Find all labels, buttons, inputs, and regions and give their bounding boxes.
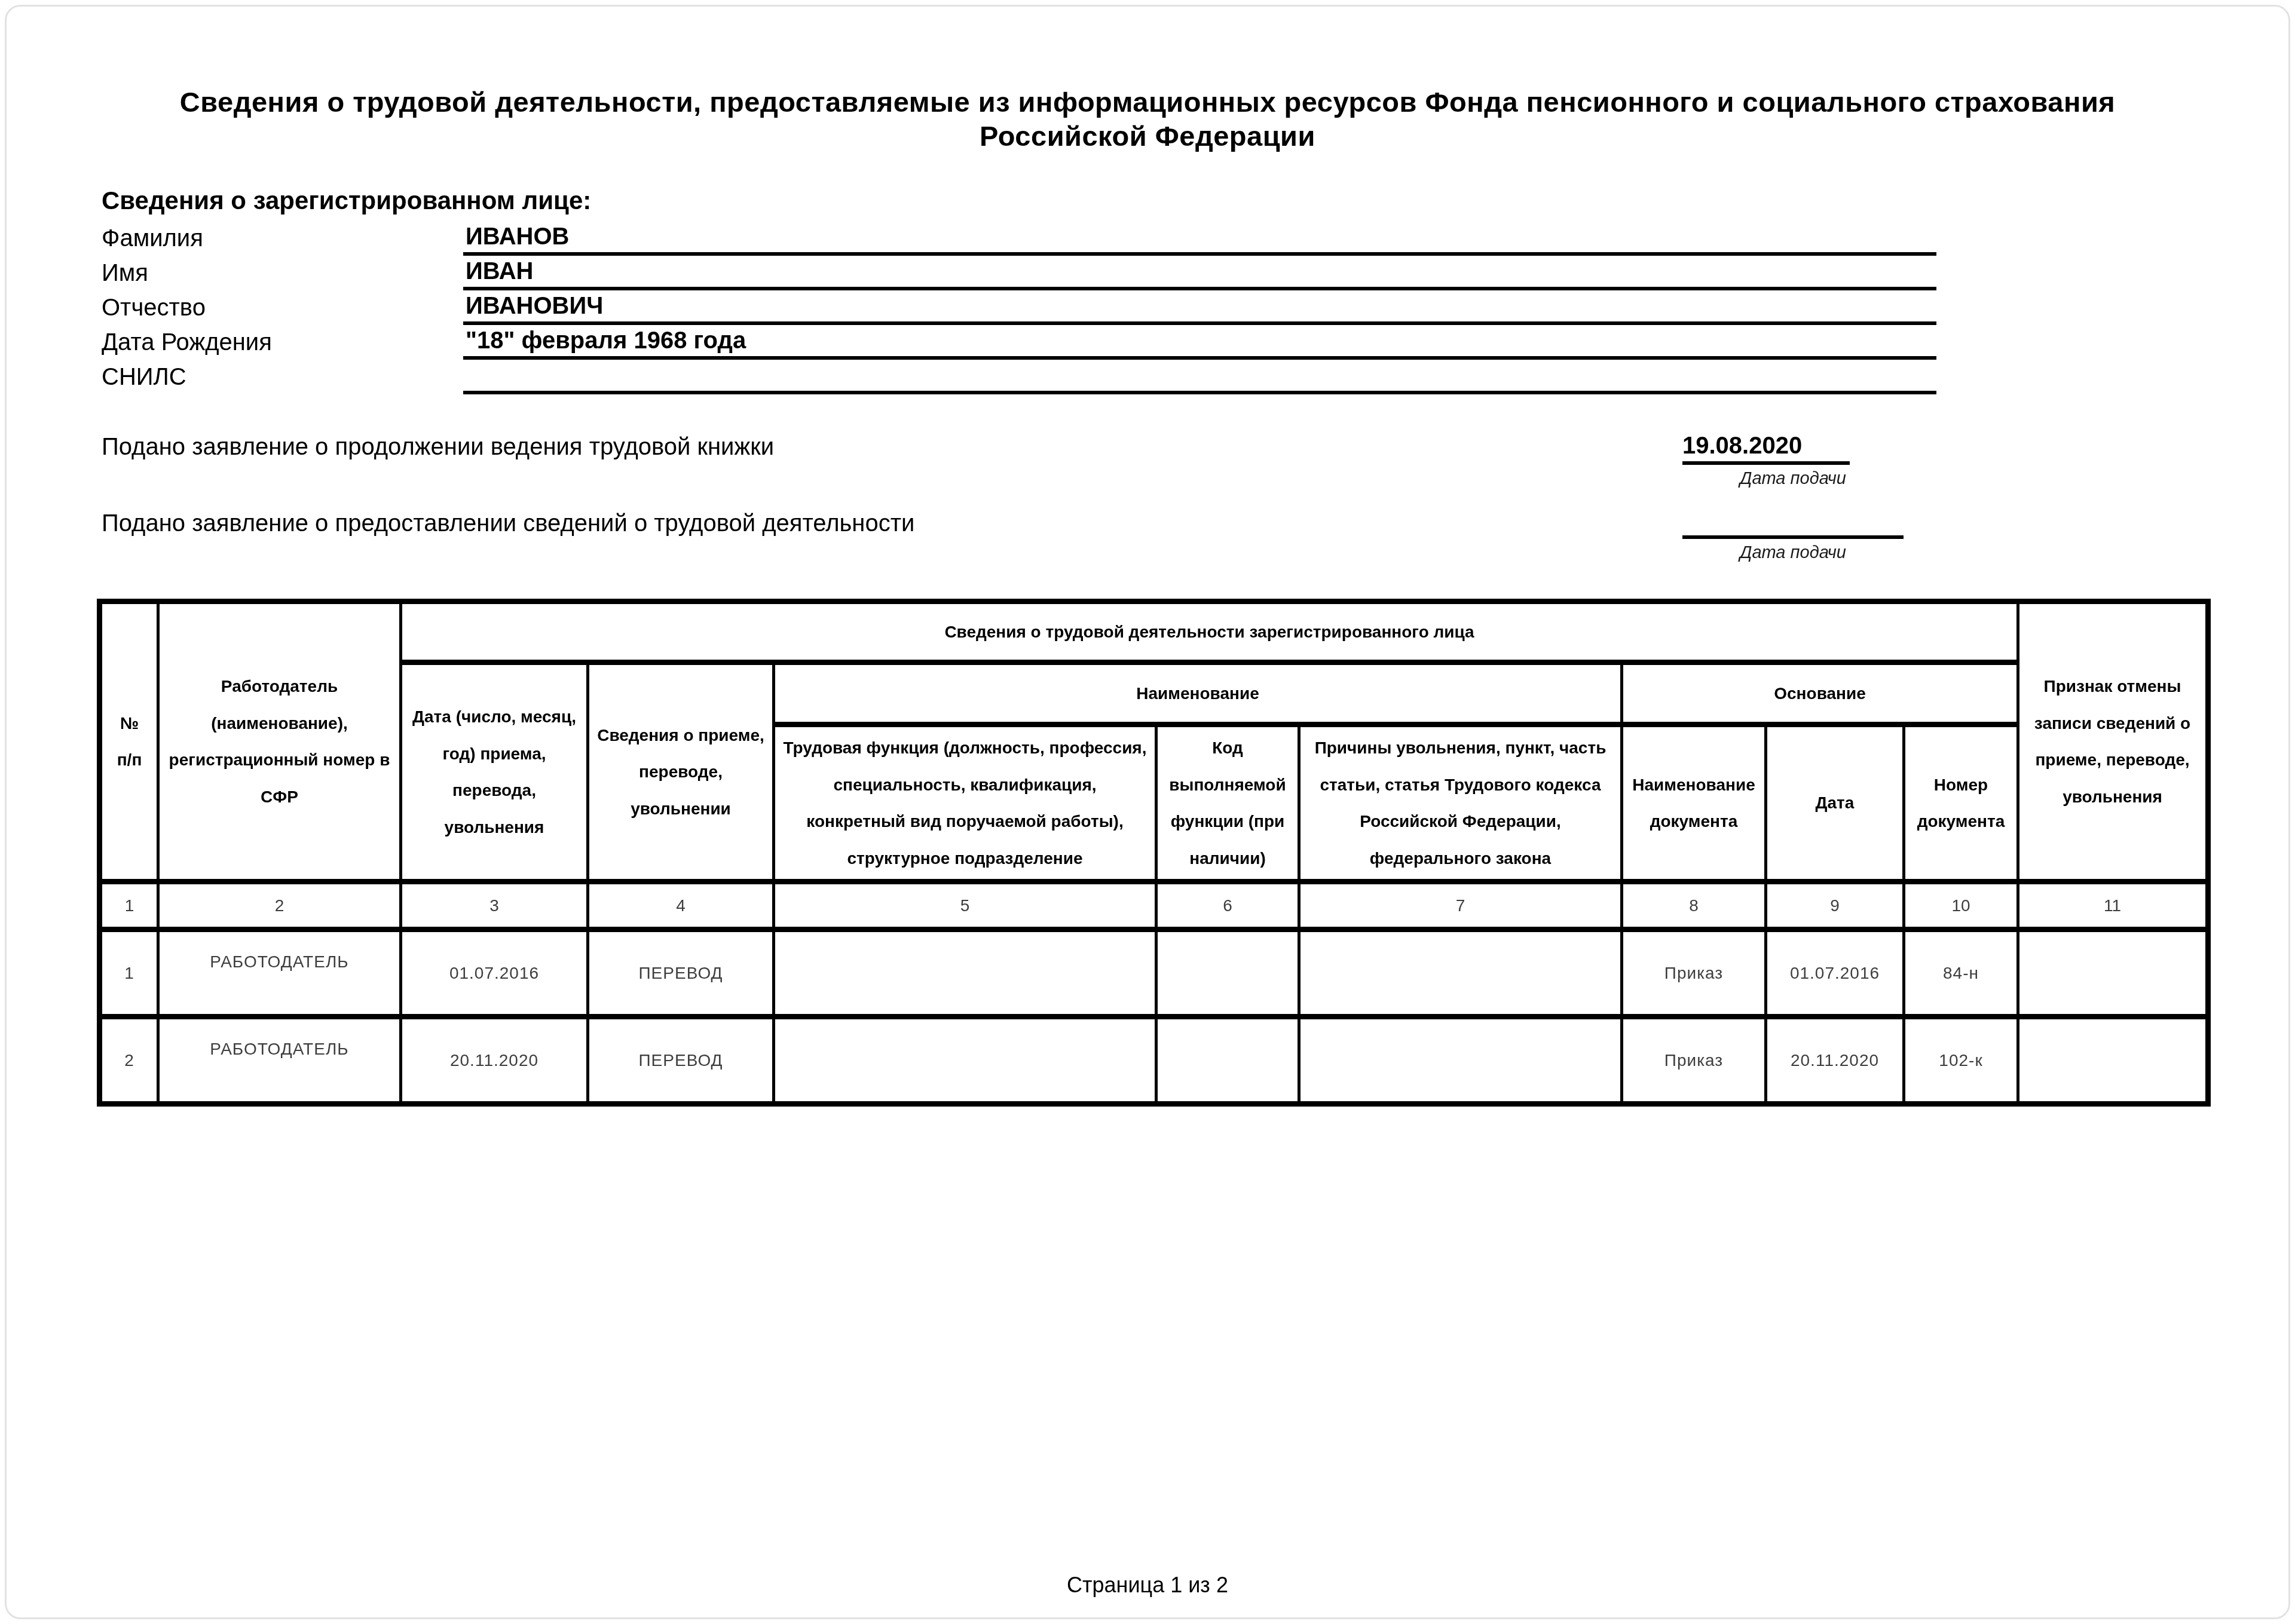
cell-dismissal-reason	[1299, 930, 1622, 1017]
header-number-line2: п/п	[109, 741, 149, 779]
cell-employer: РАБОТОДАТЕЛЬ	[158, 1017, 401, 1104]
col-index: 9	[1766, 882, 1904, 930]
table-header-row-1: № п/п Работодатель (наименование), регис…	[100, 602, 2208, 663]
field-value-surname: ИВАНОВ	[463, 223, 1936, 256]
header-doc-date: Дата	[1766, 725, 1904, 882]
date-caption: Дата подачи	[1682, 543, 1904, 563]
statements-section: Подано заявление о продолжении ведения т…	[102, 431, 2217, 563]
header-cancel-flag: Признак отмены записи сведений о приеме,…	[2018, 602, 2208, 882]
cell-job-function	[774, 1017, 1156, 1104]
cell-employer: РАБОТОДАТЕЛЬ	[158, 930, 401, 1017]
cell-job-function	[774, 930, 1156, 1017]
header-basis-group: Основание	[1622, 663, 2018, 725]
header-doc-name: Наименование документа	[1622, 725, 1766, 882]
header-function-code: Код выполняемой функции (при наличии)	[1156, 725, 1299, 882]
statement-date-value: 19.08.2020	[1682, 431, 1850, 465]
col-index: 3	[401, 882, 588, 930]
header-number: № п/п	[100, 602, 158, 882]
cell-doc-date: 20.11.2020	[1766, 1017, 1904, 1104]
header-group-employment-info: Сведения о трудовой деятельности зарегис…	[401, 602, 2018, 663]
person-field-row: Имя ИВАН	[102, 256, 1936, 290]
person-section-heading: Сведения о зарегистрированном лице:	[102, 186, 2217, 215]
field-value-snils	[463, 365, 1936, 394]
cell-function-code	[1156, 1017, 1299, 1104]
form-title: Сведения о трудовой деятельности, предос…	[161, 85, 2134, 154]
header-event-info: Сведения о приеме, переводе, увольнении	[588, 663, 774, 882]
field-label-birthdate: Дата Рождения	[102, 329, 463, 360]
cell-function-code	[1156, 930, 1299, 1017]
header-name-group: Наименование	[774, 663, 1622, 725]
cell-row-number: 1	[100, 930, 158, 1017]
cell-cancel-flag	[2018, 930, 2208, 1017]
registered-person-section: Сведения о зарегистрированном лице: Фами…	[102, 186, 2217, 394]
header-dismissal-reasons: Причины увольнения, пункт, часть статьи,…	[1299, 725, 1622, 882]
field-value-birthdate: "18" февраля 1968 года	[463, 327, 1936, 360]
table-row: 1 РАБОТОДАТЕЛЬ 01.07.2016 ПЕРЕВОД Приказ…	[100, 930, 2208, 1017]
cell-event-date: 01.07.2016	[401, 930, 588, 1017]
statement-row-workbook: Подано заявление о продолжении ведения т…	[102, 431, 2217, 489]
field-value-firstname: ИВАН	[463, 258, 1936, 290]
cell-doc-name: Приказ	[1622, 1017, 1766, 1104]
cell-doc-number: 84-н	[1904, 930, 2018, 1017]
header-event-date: Дата (число, месяц, год) приема, перевод…	[401, 663, 588, 882]
person-field-row: Отчество ИВАНОВИЧ	[102, 290, 1936, 325]
col-index: 1	[100, 882, 158, 930]
cell-cancel-flag	[2018, 1017, 2208, 1104]
table-row: 2 РАБОТОДАТЕЛЬ 20.11.2020 ПЕРЕВОД Приказ…	[100, 1017, 2208, 1104]
person-field-row: Дата Рождения "18" февраля 1968 года	[102, 325, 1936, 360]
person-field-row: Фамилия ИВАНОВ	[102, 221, 1936, 256]
employment-table-wrapper: № п/п Работодатель (наименование), регис…	[97, 599, 2211, 1107]
table-header-row-2: Дата (число, месяц, год) приема, перевод…	[100, 663, 2208, 725]
statement-date-block: 19.08.2020 Дата подачи	[1682, 431, 1904, 489]
field-label-snils: СНИЛС	[102, 364, 463, 394]
statement-text: Подано заявление о предоставлении сведен…	[102, 508, 914, 538]
field-label-patronymic: Отчество	[102, 295, 463, 325]
cell-event-date: 20.11.2020	[401, 1017, 588, 1104]
cell-doc-name: Приказ	[1622, 930, 1766, 1017]
date-caption: Дата подачи	[1682, 469, 1904, 489]
document-page: Сведения о трудовой деятельности, предос…	[0, 0, 2295, 1624]
col-index: 10	[1904, 882, 2018, 930]
cell-dismissal-reason	[1299, 1017, 1622, 1104]
col-index: 7	[1299, 882, 1622, 930]
cell-doc-date: 01.07.2016	[1766, 930, 1904, 1017]
person-field-row: СНИЛС	[102, 360, 1936, 394]
col-index: 2	[158, 882, 401, 930]
header-employer: Работодатель (наименование), регистрацио…	[158, 602, 401, 882]
statement-row-information: Подано заявление о предоставлении сведен…	[102, 508, 2217, 563]
cell-doc-number: 102-к	[1904, 1017, 2018, 1104]
col-index: 11	[2018, 882, 2208, 930]
statement-text: Подано заявление о продолжении ведения т…	[102, 431, 774, 461]
header-doc-number: Номер документа	[1904, 725, 2018, 882]
field-value-patronymic: ИВАНОВИЧ	[463, 292, 1936, 325]
header-job-function: Трудовая функция (должность, профессия, …	[774, 725, 1156, 882]
column-numbering-row: 1 2 3 4 5 6 7 8 9 10 11	[100, 882, 2208, 930]
col-index: 6	[1156, 882, 1299, 930]
page-number-label: Страница 1 из 2	[0, 1573, 2295, 1598]
cell-event-type: ПЕРЕВОД	[588, 930, 774, 1017]
header-number-line1: №	[109, 705, 149, 742]
col-index: 8	[1622, 882, 1766, 930]
col-index: 5	[774, 882, 1156, 930]
statement-date-block: Дата подачи	[1682, 508, 1904, 563]
col-index: 4	[588, 882, 774, 930]
employment-record-table: № п/п Работодатель (наименование), регис…	[97, 599, 2211, 1107]
field-label-surname: Фамилия	[102, 225, 463, 256]
statement-date-value	[1682, 508, 1904, 539]
cell-row-number: 2	[100, 1017, 158, 1104]
field-label-firstname: Имя	[102, 260, 463, 290]
cell-event-type: ПЕРЕВОД	[588, 1017, 774, 1104]
